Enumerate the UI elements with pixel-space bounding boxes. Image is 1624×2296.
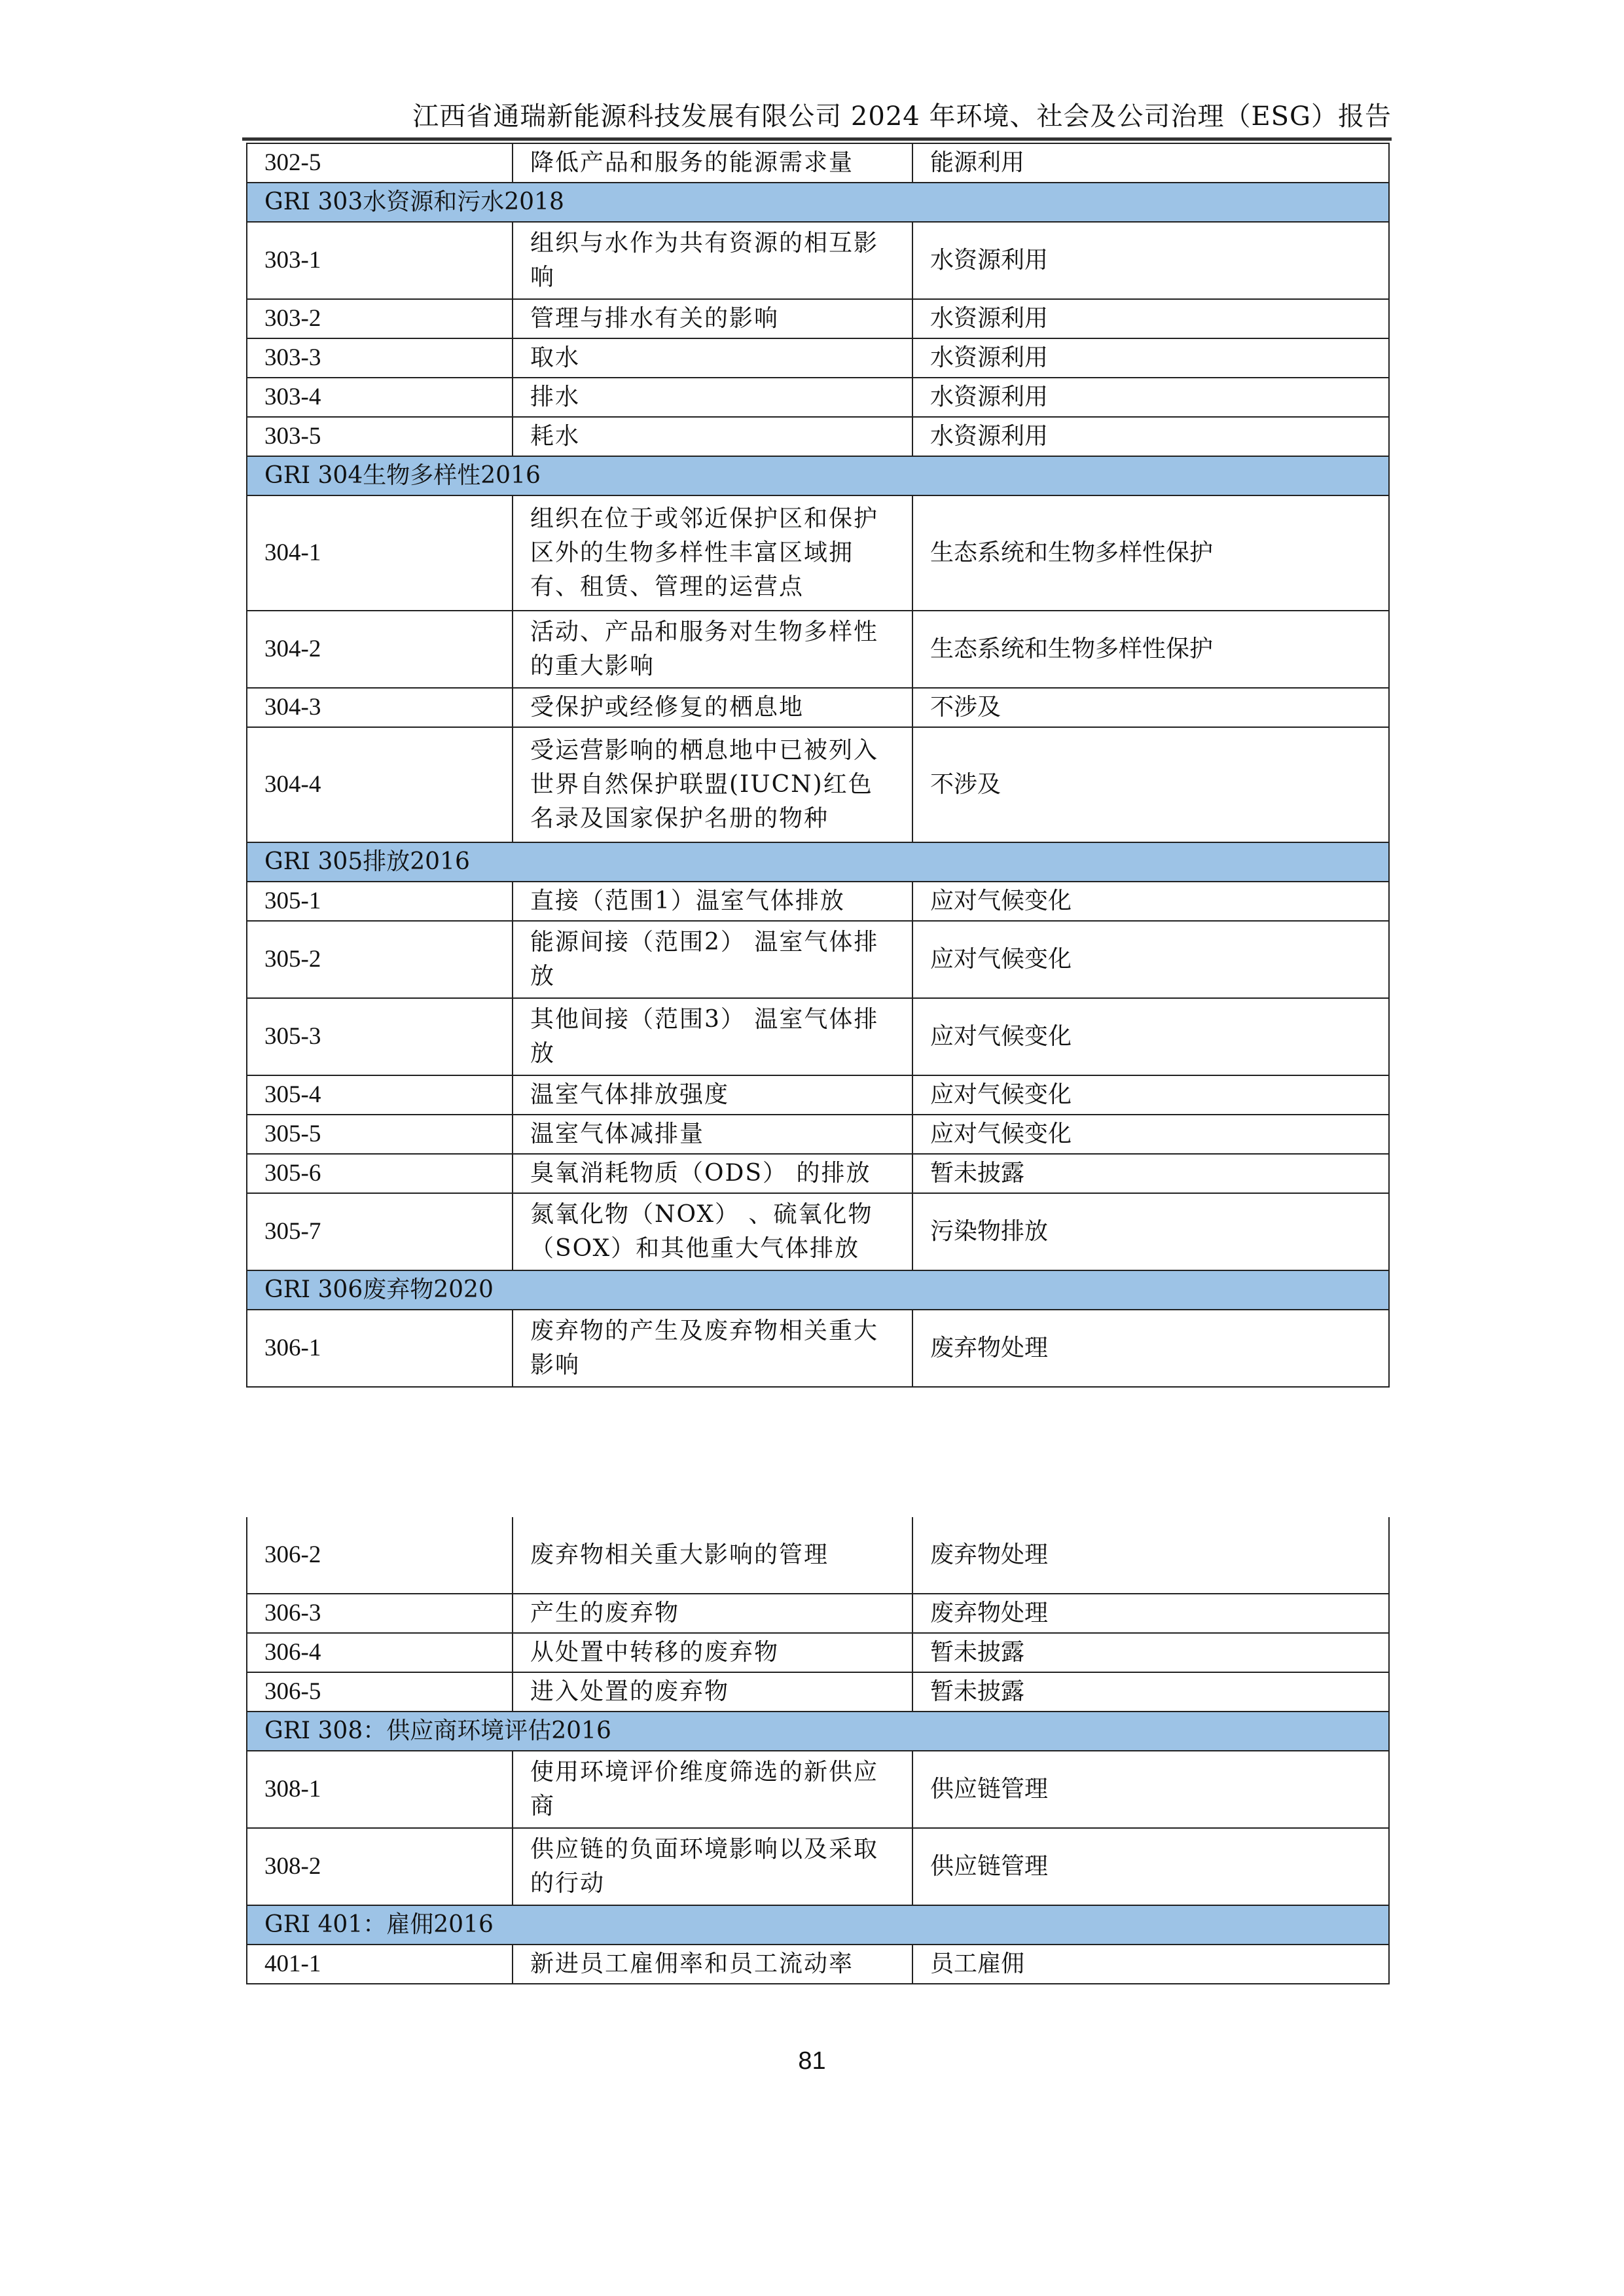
report-section: 水资源利用 xyxy=(912,378,1389,417)
indicator-description: 臭氧消耗物质（ODS） 的排放 xyxy=(513,1154,912,1193)
indicator-description: 温室气体排放强度 xyxy=(513,1075,912,1115)
report-section: 应对气候变化 xyxy=(912,921,1389,998)
report-section: 不涉及 xyxy=(912,727,1389,842)
report-section: 废弃物处理 xyxy=(912,1594,1389,1633)
indicator-code: 306-2 xyxy=(247,1517,513,1594)
table-row: 306-5进入处置的废弃物暂未披露 xyxy=(247,1672,1389,1712)
indicator-description: 氮氧化物（NOX） 、硫氧化物（SOX）和其他重大气体排放 xyxy=(513,1193,912,1270)
gri-index-table-part-2: 306-2废弃物相关重大影响的管理废弃物处理306-3产生的废弃物废弃物处理30… xyxy=(246,1517,1390,1984)
report-section: 能源利用 xyxy=(912,143,1389,183)
table-row: 304-2活动、产品和服务对生物多样性的重大影响生态系统和生物多样性保护 xyxy=(247,611,1389,688)
indicator-description: 从处置中转移的废弃物 xyxy=(513,1633,912,1672)
table-row: 304-1组织在位于或邻近保护区和保护区外的生物多样性丰富区域拥有、租赁、管理的… xyxy=(247,495,1389,611)
section-header-row: GRI 306废弃物2020 xyxy=(247,1270,1389,1310)
section-title: GRI 303水资源和污水2018 xyxy=(247,183,1389,222)
report-section: 暂未披露 xyxy=(912,1154,1389,1193)
indicator-description: 管理与排水有关的影响 xyxy=(513,299,912,338)
section-title: GRI 308：供应商环境评估2016 xyxy=(247,1712,1389,1751)
report-section: 供应链管理 xyxy=(912,1828,1389,1905)
report-section: 水资源利用 xyxy=(912,338,1389,378)
indicator-description: 活动、产品和服务对生物多样性的重大影响 xyxy=(513,611,912,688)
section-title: GRI 401：雇佣2016 xyxy=(247,1905,1389,1945)
table-row: 306-3产生的废弃物废弃物处理 xyxy=(247,1594,1389,1633)
report-section: 应对气候变化 xyxy=(912,998,1389,1075)
section-title: GRI 306废弃物2020 xyxy=(247,1270,1389,1310)
report-section: 供应链管理 xyxy=(912,1751,1389,1828)
indicator-description: 产生的废弃物 xyxy=(513,1594,912,1633)
table-row: 305-2能源间接（范围2） 温室气体排放应对气候变化 xyxy=(247,921,1389,998)
table-row: 306-4从处置中转移的废弃物暂未披露 xyxy=(247,1633,1389,1672)
indicator-code: 305-5 xyxy=(247,1115,513,1154)
section-header-row: GRI 303水资源和污水2018 xyxy=(247,183,1389,222)
indicator-code: 305-7 xyxy=(247,1193,513,1270)
report-section: 应对气候变化 xyxy=(912,1075,1389,1115)
indicator-description: 受保护或经修复的栖息地 xyxy=(513,688,912,727)
report-section: 员工雇佣 xyxy=(912,1945,1389,1984)
table-row: 304-3受保护或经修复的栖息地不涉及 xyxy=(247,688,1389,727)
report-section: 废弃物处理 xyxy=(912,1310,1389,1387)
table-row: 303-5耗水水资源利用 xyxy=(247,417,1389,456)
indicator-code: 305-3 xyxy=(247,998,513,1075)
report-section: 应对气候变化 xyxy=(912,882,1389,921)
indicator-code: 304-4 xyxy=(247,727,513,842)
indicator-code: 305-6 xyxy=(247,1154,513,1193)
report-section: 暂未披露 xyxy=(912,1633,1389,1672)
indicator-description: 温室气体减排量 xyxy=(513,1115,912,1154)
table-row: 305-6臭氧消耗物质（ODS） 的排放暂未披露 xyxy=(247,1154,1389,1193)
gri-index-table-part-1: 302-5降低产品和服务的能源需求量能源利用GRI 303水资源和污水20183… xyxy=(246,143,1390,1388)
table-row: 308-2供应链的负面环境影响以及采取的行动供应链管理 xyxy=(247,1828,1389,1905)
report-section: 应对气候变化 xyxy=(912,1115,1389,1154)
indicator-description: 排水 xyxy=(513,378,912,417)
indicator-code: 304-3 xyxy=(247,688,513,727)
indicator-description: 其他间接（范围3） 温室气体排放 xyxy=(513,998,912,1075)
report-section: 不涉及 xyxy=(912,688,1389,727)
report-section: 污染物排放 xyxy=(912,1193,1389,1270)
report-section: 暂未披露 xyxy=(912,1672,1389,1712)
report-section: 水资源利用 xyxy=(912,299,1389,338)
table-row: 306-2废弃物相关重大影响的管理废弃物处理 xyxy=(247,1517,1389,1594)
table-row: 308-1使用环境评价维度筛选的新供应商供应链管理 xyxy=(247,1751,1389,1828)
table-row: 305-5温室气体减排量应对气候变化 xyxy=(247,1115,1389,1154)
indicator-description: 废弃物的产生及废弃物相关重大影响 xyxy=(513,1310,912,1387)
indicator-code: 305-2 xyxy=(247,921,513,998)
indicator-description: 废弃物相关重大影响的管理 xyxy=(513,1517,912,1594)
report-header-title: 江西省通瑞新能源科技发展有限公司 2024 年环境、社会及公司治理（ESG）报告 xyxy=(0,98,1392,135)
table-row: 304-4受运营影响的栖息地中已被列入世界自然保护联盟(IUCN)红色名录及国家… xyxy=(247,727,1389,842)
report-section: 废弃物处理 xyxy=(912,1517,1389,1594)
indicator-code: 306-5 xyxy=(247,1672,513,1712)
indicator-code: 303-5 xyxy=(247,417,513,456)
report-section: 水资源利用 xyxy=(912,222,1389,299)
indicator-description: 使用环境评价维度筛选的新供应商 xyxy=(513,1751,912,1828)
section-title: GRI 304生物多样性2016 xyxy=(247,456,1389,495)
table-row: 305-4温室气体排放强度应对气候变化 xyxy=(247,1075,1389,1115)
table-row: 305-1直接（范围1）温室气体排放应对气候变化 xyxy=(247,882,1389,921)
indicator-description: 直接（范围1）温室气体排放 xyxy=(513,882,912,921)
indicator-description: 降低产品和服务的能源需求量 xyxy=(513,143,912,183)
indicator-code: 308-2 xyxy=(247,1828,513,1905)
indicator-description: 受运营影响的栖息地中已被列入世界自然保护联盟(IUCN)红色名录及国家保护名册的… xyxy=(513,727,912,842)
indicator-code: 303-3 xyxy=(247,338,513,378)
section-header-row: GRI 401：雇佣2016 xyxy=(247,1905,1389,1945)
section-header-row: GRI 308：供应商环境评估2016 xyxy=(247,1712,1389,1751)
page-number: 81 xyxy=(0,2047,1624,2075)
indicator-code: 306-3 xyxy=(247,1594,513,1633)
indicator-description: 能源间接（范围2） 温室气体排放 xyxy=(513,921,912,998)
indicator-code: 304-2 xyxy=(247,611,513,688)
report-section: 生态系统和生物多样性保护 xyxy=(912,611,1389,688)
table-row: 303-4排水水资源利用 xyxy=(247,378,1389,417)
header-rule xyxy=(242,137,1392,141)
table-row: 305-3其他间接（范围3） 温室气体排放应对气候变化 xyxy=(247,998,1389,1075)
table-row: 303-2管理与排水有关的影响水资源利用 xyxy=(247,299,1389,338)
table-row: 305-7氮氧化物（NOX） 、硫氧化物（SOX）和其他重大气体排放污染物排放 xyxy=(247,1193,1389,1270)
indicator-code: 305-4 xyxy=(247,1075,513,1115)
table-row: 306-1废弃物的产生及废弃物相关重大影响废弃物处理 xyxy=(247,1310,1389,1387)
indicator-code: 303-2 xyxy=(247,299,513,338)
indicator-description: 供应链的负面环境影响以及采取的行动 xyxy=(513,1828,912,1905)
section-header-row: GRI 304生物多样性2016 xyxy=(247,456,1389,495)
table-row: 302-5降低产品和服务的能源需求量能源利用 xyxy=(247,143,1389,183)
indicator-code: 401-1 xyxy=(247,1945,513,1984)
table-row: 303-1组织与水作为共有资源的相互影响水资源利用 xyxy=(247,222,1389,299)
indicator-code: 306-4 xyxy=(247,1633,513,1672)
indicator-code: 308-1 xyxy=(247,1751,513,1828)
report-section: 水资源利用 xyxy=(912,417,1389,456)
indicator-description: 进入处置的废弃物 xyxy=(513,1672,912,1712)
indicator-code: 305-1 xyxy=(247,882,513,921)
indicator-code: 304-1 xyxy=(247,495,513,611)
indicator-code: 303-4 xyxy=(247,378,513,417)
indicator-code: 302-5 xyxy=(247,143,513,183)
indicator-description: 取水 xyxy=(513,338,912,378)
indicator-description: 组织在位于或邻近保护区和保护区外的生物多样性丰富区域拥有、租赁、管理的运营点 xyxy=(513,495,912,611)
table-row: 401-1新进员工雇佣率和员工流动率员工雇佣 xyxy=(247,1945,1389,1984)
indicator-description: 耗水 xyxy=(513,417,912,456)
section-header-row: GRI 305排放2016 xyxy=(247,842,1389,882)
section-title: GRI 305排放2016 xyxy=(247,842,1389,882)
indicator-code: 303-1 xyxy=(247,222,513,299)
indicator-description: 组织与水作为共有资源的相互影响 xyxy=(513,222,912,299)
table-row: 303-3取水水资源利用 xyxy=(247,338,1389,378)
report-section: 生态系统和生物多样性保护 xyxy=(912,495,1389,611)
indicator-code: 306-1 xyxy=(247,1310,513,1387)
indicator-description: 新进员工雇佣率和员工流动率 xyxy=(513,1945,912,1984)
